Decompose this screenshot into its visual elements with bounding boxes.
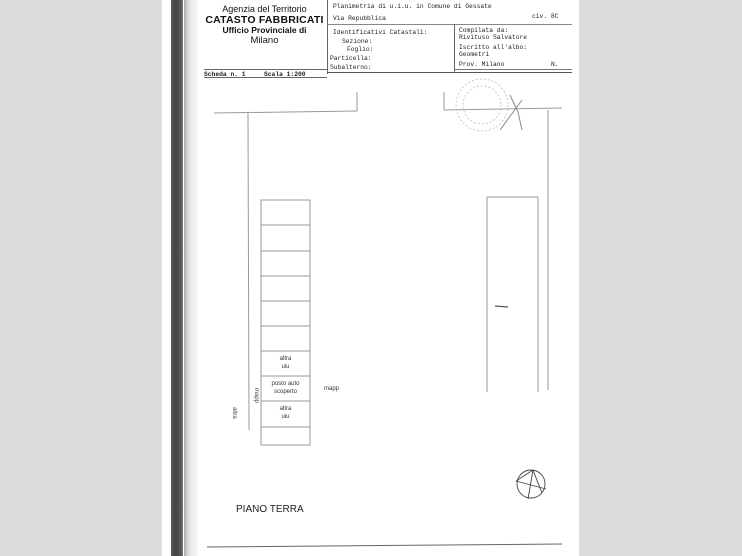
other-vertical-label: altra xyxy=(231,407,237,419)
official-stamp-icon xyxy=(456,79,508,131)
floor-plan-drawing xyxy=(162,0,579,556)
floor-label: PIANO TERRA xyxy=(236,504,304,515)
cadastral-plan-page: Agenzia del Territorio CATASTO FABBRICAT… xyxy=(162,0,579,556)
parking-label: posto auto scoperto xyxy=(261,381,310,397)
other-unit-label-bottom: altra uiu xyxy=(261,406,310,422)
document-viewer: Agenzia del Territorio CATASTO FABBRICAT… xyxy=(0,0,742,556)
mapp-vertical-label: mapp xyxy=(253,388,259,403)
mapp-label: mapp xyxy=(324,386,339,394)
north-arrow-icon xyxy=(516,470,546,499)
other-unit-label-top: altra uiu xyxy=(261,356,310,372)
